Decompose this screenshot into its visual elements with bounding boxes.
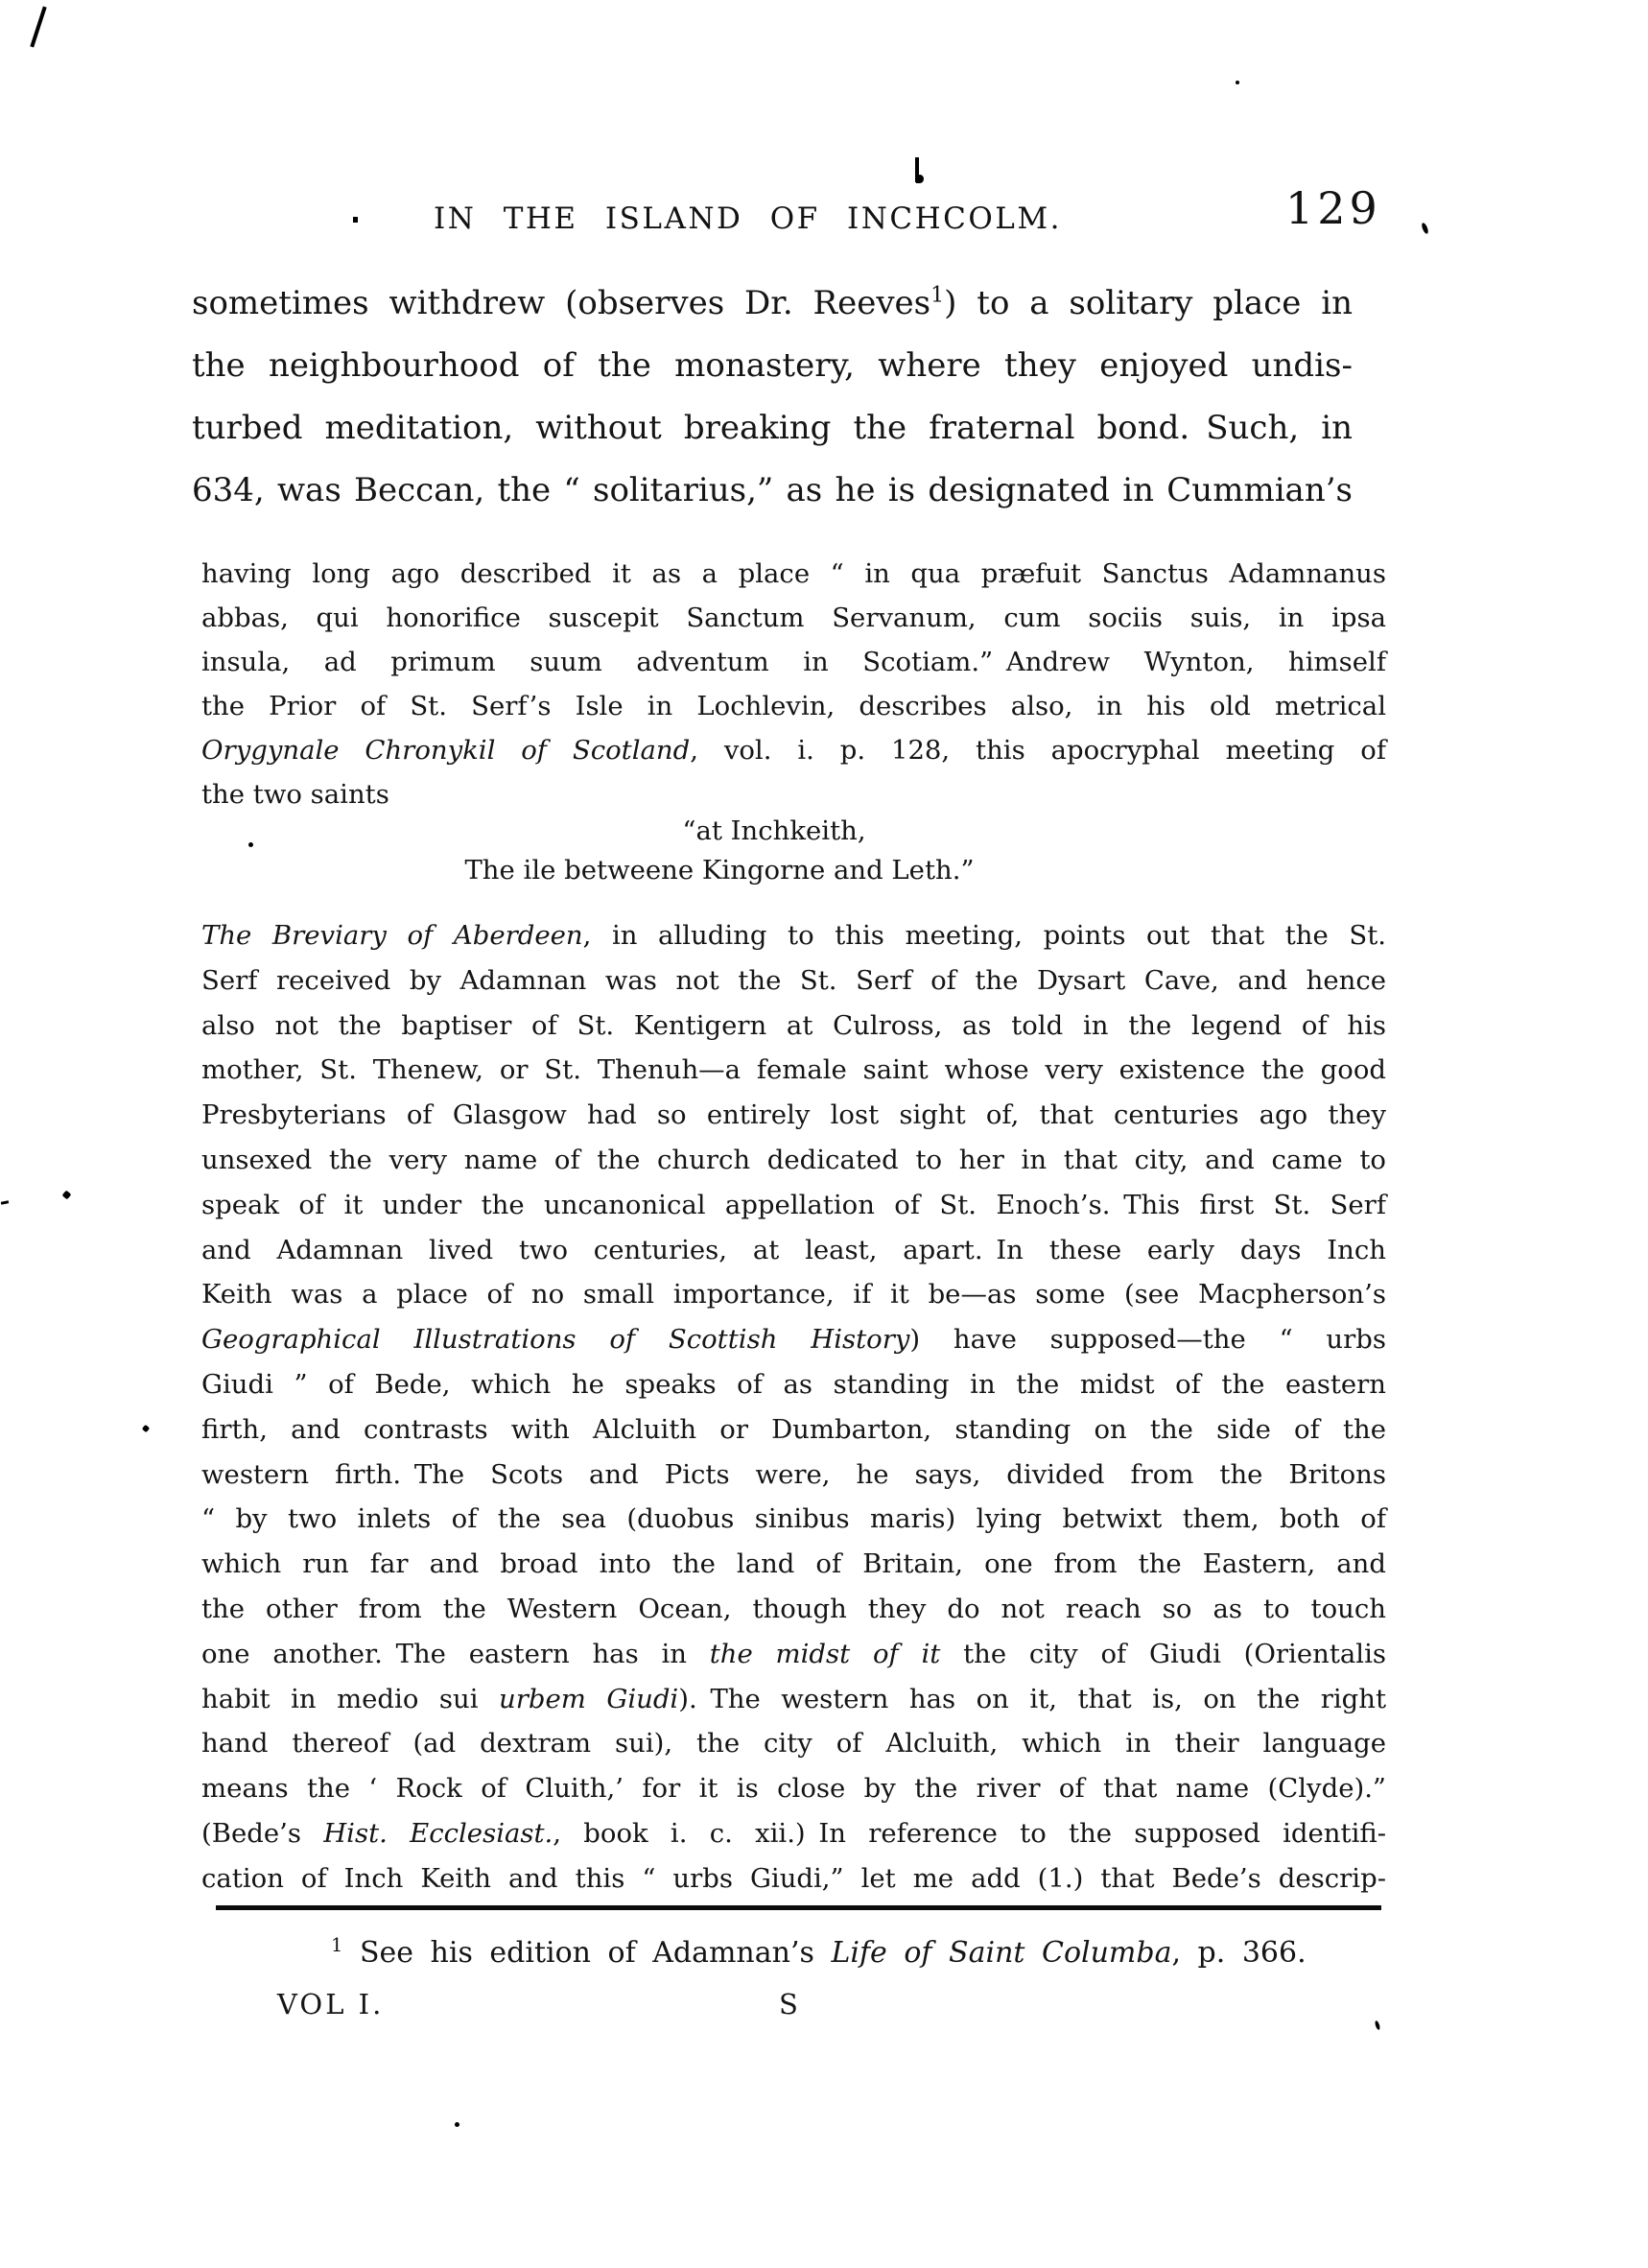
- verse-line-1: “at Inchkeith,: [201, 812, 1237, 851]
- main-paragraph: sometimes withdrew (observes Dr. Reeves1…: [192, 272, 1353, 522]
- ink-dot: [1236, 81, 1239, 84]
- ink-dot: [353, 217, 358, 223]
- book-page: IN THE ISLAND OF INCHCOLM. 129 sometimes…: [0, 0, 1648, 2268]
- volume-label: VOL I.: [277, 1988, 384, 2020]
- ink-dash-mark: [1, 1200, 9, 1205]
- verse-line-2: The ile betweene Kingorne and Leth.”: [201, 851, 1237, 890]
- ink-slash-mark: [30, 6, 46, 47]
- ink-comma-mark: [1421, 223, 1429, 235]
- ink-comma-mark: [1375, 2020, 1381, 2031]
- footnote-rule: [216, 1905, 1381, 1910]
- page-number: 129: [1285, 182, 1381, 234]
- ink-flat-mark-dot: [916, 175, 924, 183]
- signature-mark: S: [779, 1988, 798, 2020]
- footnote-breviary: The Breviary of Aberdeen, in alluding to…: [201, 913, 1386, 1902]
- footnote-citation: 1 See his edition of Adamnan’s Life of S…: [331, 1934, 1386, 1973]
- ink-dot: [455, 2122, 459, 2127]
- verse-quote: “at Inchkeith, The ile betweene Kingorne…: [201, 812, 1237, 890]
- running-header: IN THE ISLAND OF INCHCOLM.: [434, 201, 1062, 236]
- ink-dot: [62, 1191, 72, 1200]
- footnote-continuation: having long ago described it as a place …: [201, 552, 1386, 816]
- ink-dot: [142, 1425, 150, 1432]
